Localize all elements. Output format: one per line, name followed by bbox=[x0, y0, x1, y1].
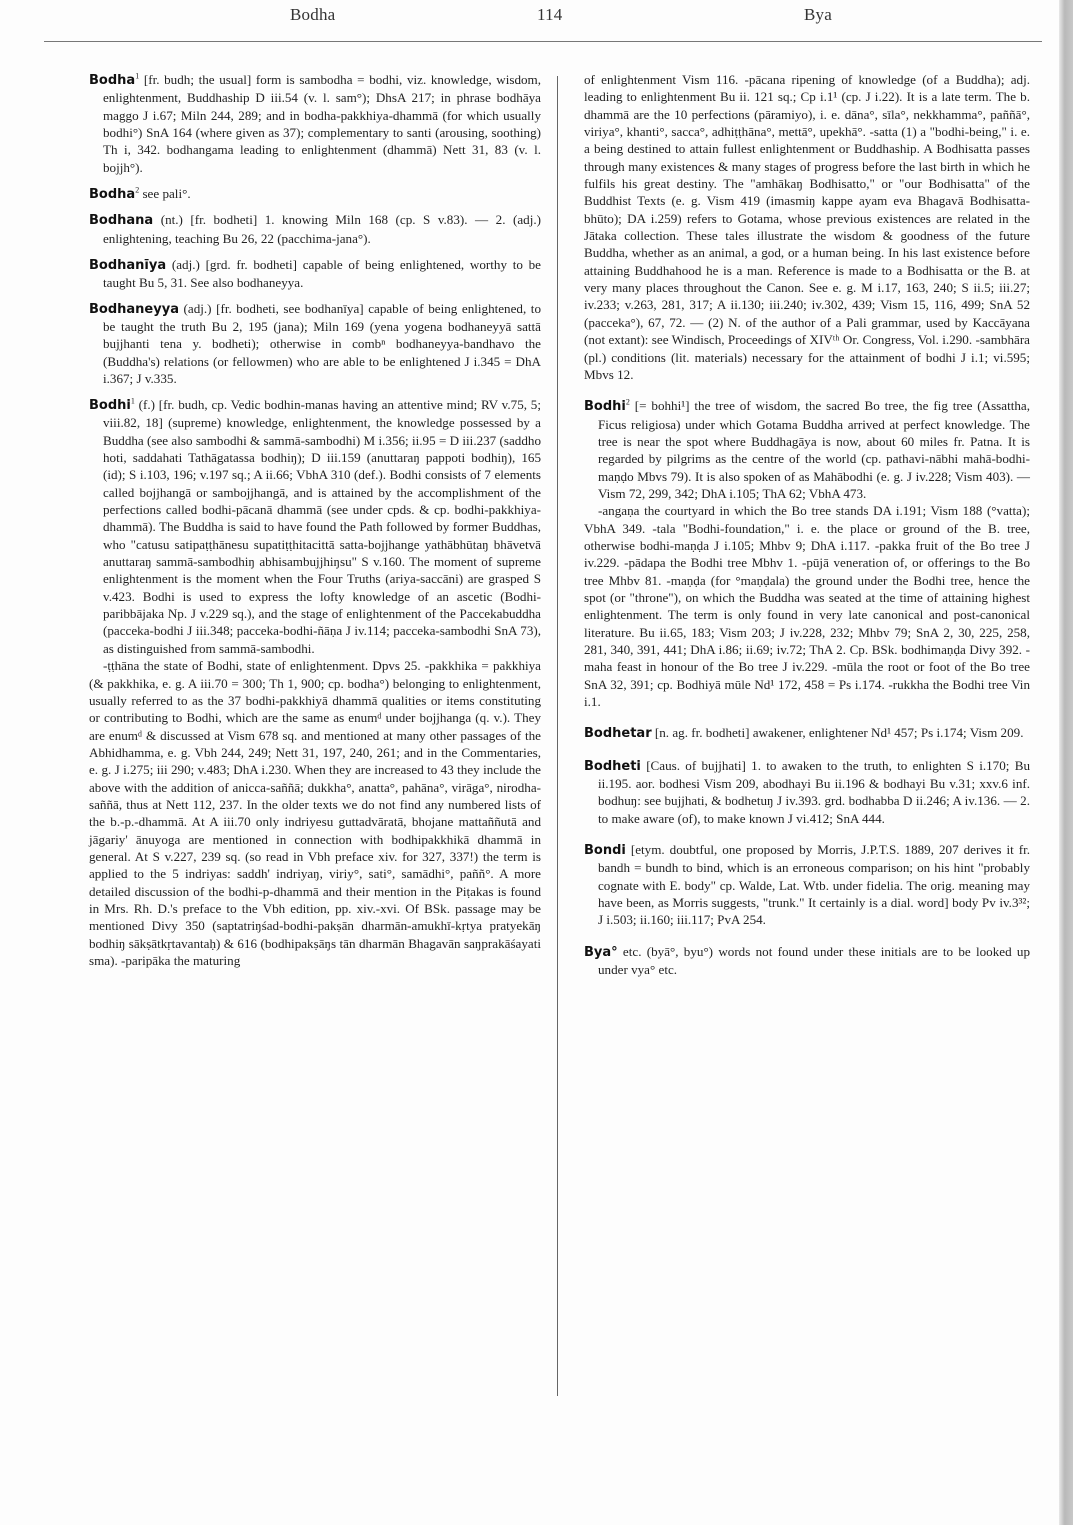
dictionary-entry: Bya° etc. (byā°, byu°) words not found u… bbox=[584, 943, 1030, 979]
entry-body: [n. ag. fr. bodheti] awakener, enlighten… bbox=[652, 725, 1024, 740]
dictionary-entry: Bodha1 [fr. budh; the usual] form is sam… bbox=[89, 71, 541, 176]
page-header: Bodha 114 Bya bbox=[0, 0, 1073, 40]
entry-headword: Bodha bbox=[89, 187, 135, 202]
entry-body: [Caus. of bujjhati] 1. to awaken to the … bbox=[598, 758, 1030, 826]
dictionary-entry: Bodhanīya (adj.) [grd. fr. bodheti] capa… bbox=[89, 256, 541, 292]
compounds-section: -angaṇa the courtyard in which the Bo tr… bbox=[584, 502, 1030, 710]
entry-headword: Bya° bbox=[584, 945, 618, 960]
entry-headword: Bodhi bbox=[89, 398, 131, 413]
dictionary-entry: Bodhi2 [= bohhi¹] the tree of wisdom, th… bbox=[584, 397, 1030, 502]
dictionary-entry: Bodheti [Caus. of bujjhati] 1. to awaken… bbox=[584, 757, 1030, 827]
header-rule bbox=[44, 41, 1042, 42]
left-column: Bodha1 [fr. budh; the usual] form is sam… bbox=[89, 71, 541, 969]
entry-body: [etym. doubtful, one proposed by Morris,… bbox=[598, 842, 1030, 927]
dictionary-entry: Bodhi1 (f.) [fr. budh, cp. Vedic bodhin-… bbox=[89, 396, 541, 657]
page-number: 114 bbox=[537, 5, 562, 25]
entry-headword: Bodhaneyya bbox=[89, 302, 179, 317]
right-column: of enlightenment Vism 116. -pācana ripen… bbox=[584, 71, 1030, 987]
entry-body: (adj.) [grd. fr. bodheti] capable of bei… bbox=[103, 257, 541, 290]
entry-headword: Bodheti bbox=[584, 759, 641, 774]
entry-body: (nt.) [fr. bodheti] 1. knowing Miln 168 … bbox=[103, 212, 541, 245]
compounds-section: -ṭṭhāna the state of Bodhi, state of enl… bbox=[89, 657, 541, 969]
left-guideword: Bodha bbox=[290, 5, 335, 25]
right-guideword: Bya bbox=[804, 5, 832, 25]
entry-body: [fr. budh; the usual] form is sambodha =… bbox=[103, 72, 541, 175]
entry-headword: Bodhana bbox=[89, 213, 153, 228]
dictionary-entry: Bondi [etym. doubtful, one proposed by M… bbox=[584, 841, 1030, 929]
column-divider bbox=[557, 76, 558, 1396]
entry-body: (f.) [fr. budh, cp. Vedic bodhin-manas h… bbox=[103, 397, 541, 656]
entry-body: see pali°. bbox=[139, 186, 190, 201]
page-edge-shadow bbox=[1059, 0, 1073, 1525]
entry-headword: Bodhetar bbox=[584, 726, 652, 741]
entry-headword: Bodhi bbox=[584, 399, 626, 414]
entry-headword: Bondi bbox=[584, 843, 626, 858]
entry-body: [= bohhi¹] the tree of wisdom, the sacre… bbox=[598, 398, 1030, 501]
dictionary-entry: Bodhana (nt.) [fr. bodheti] 1. knowing M… bbox=[89, 211, 541, 247]
dictionary-entry: Bodhetar [n. ag. fr. bodheti] awakener, … bbox=[584, 724, 1030, 742]
entry-body: etc. (byā°, byu°) words not found under … bbox=[598, 944, 1030, 977]
entry-headword: Bodha bbox=[89, 73, 135, 88]
continued-text: of enlightenment Vism 116. -pācana ripen… bbox=[584, 71, 1030, 383]
dictionary-entry: Bodha2 see pali°. bbox=[89, 185, 541, 203]
dictionary-entry: Bodhaneyya (adj.) [fr. bodheti, see bodh… bbox=[89, 300, 541, 388]
entry-headword: Bodhanīya bbox=[89, 258, 166, 273]
